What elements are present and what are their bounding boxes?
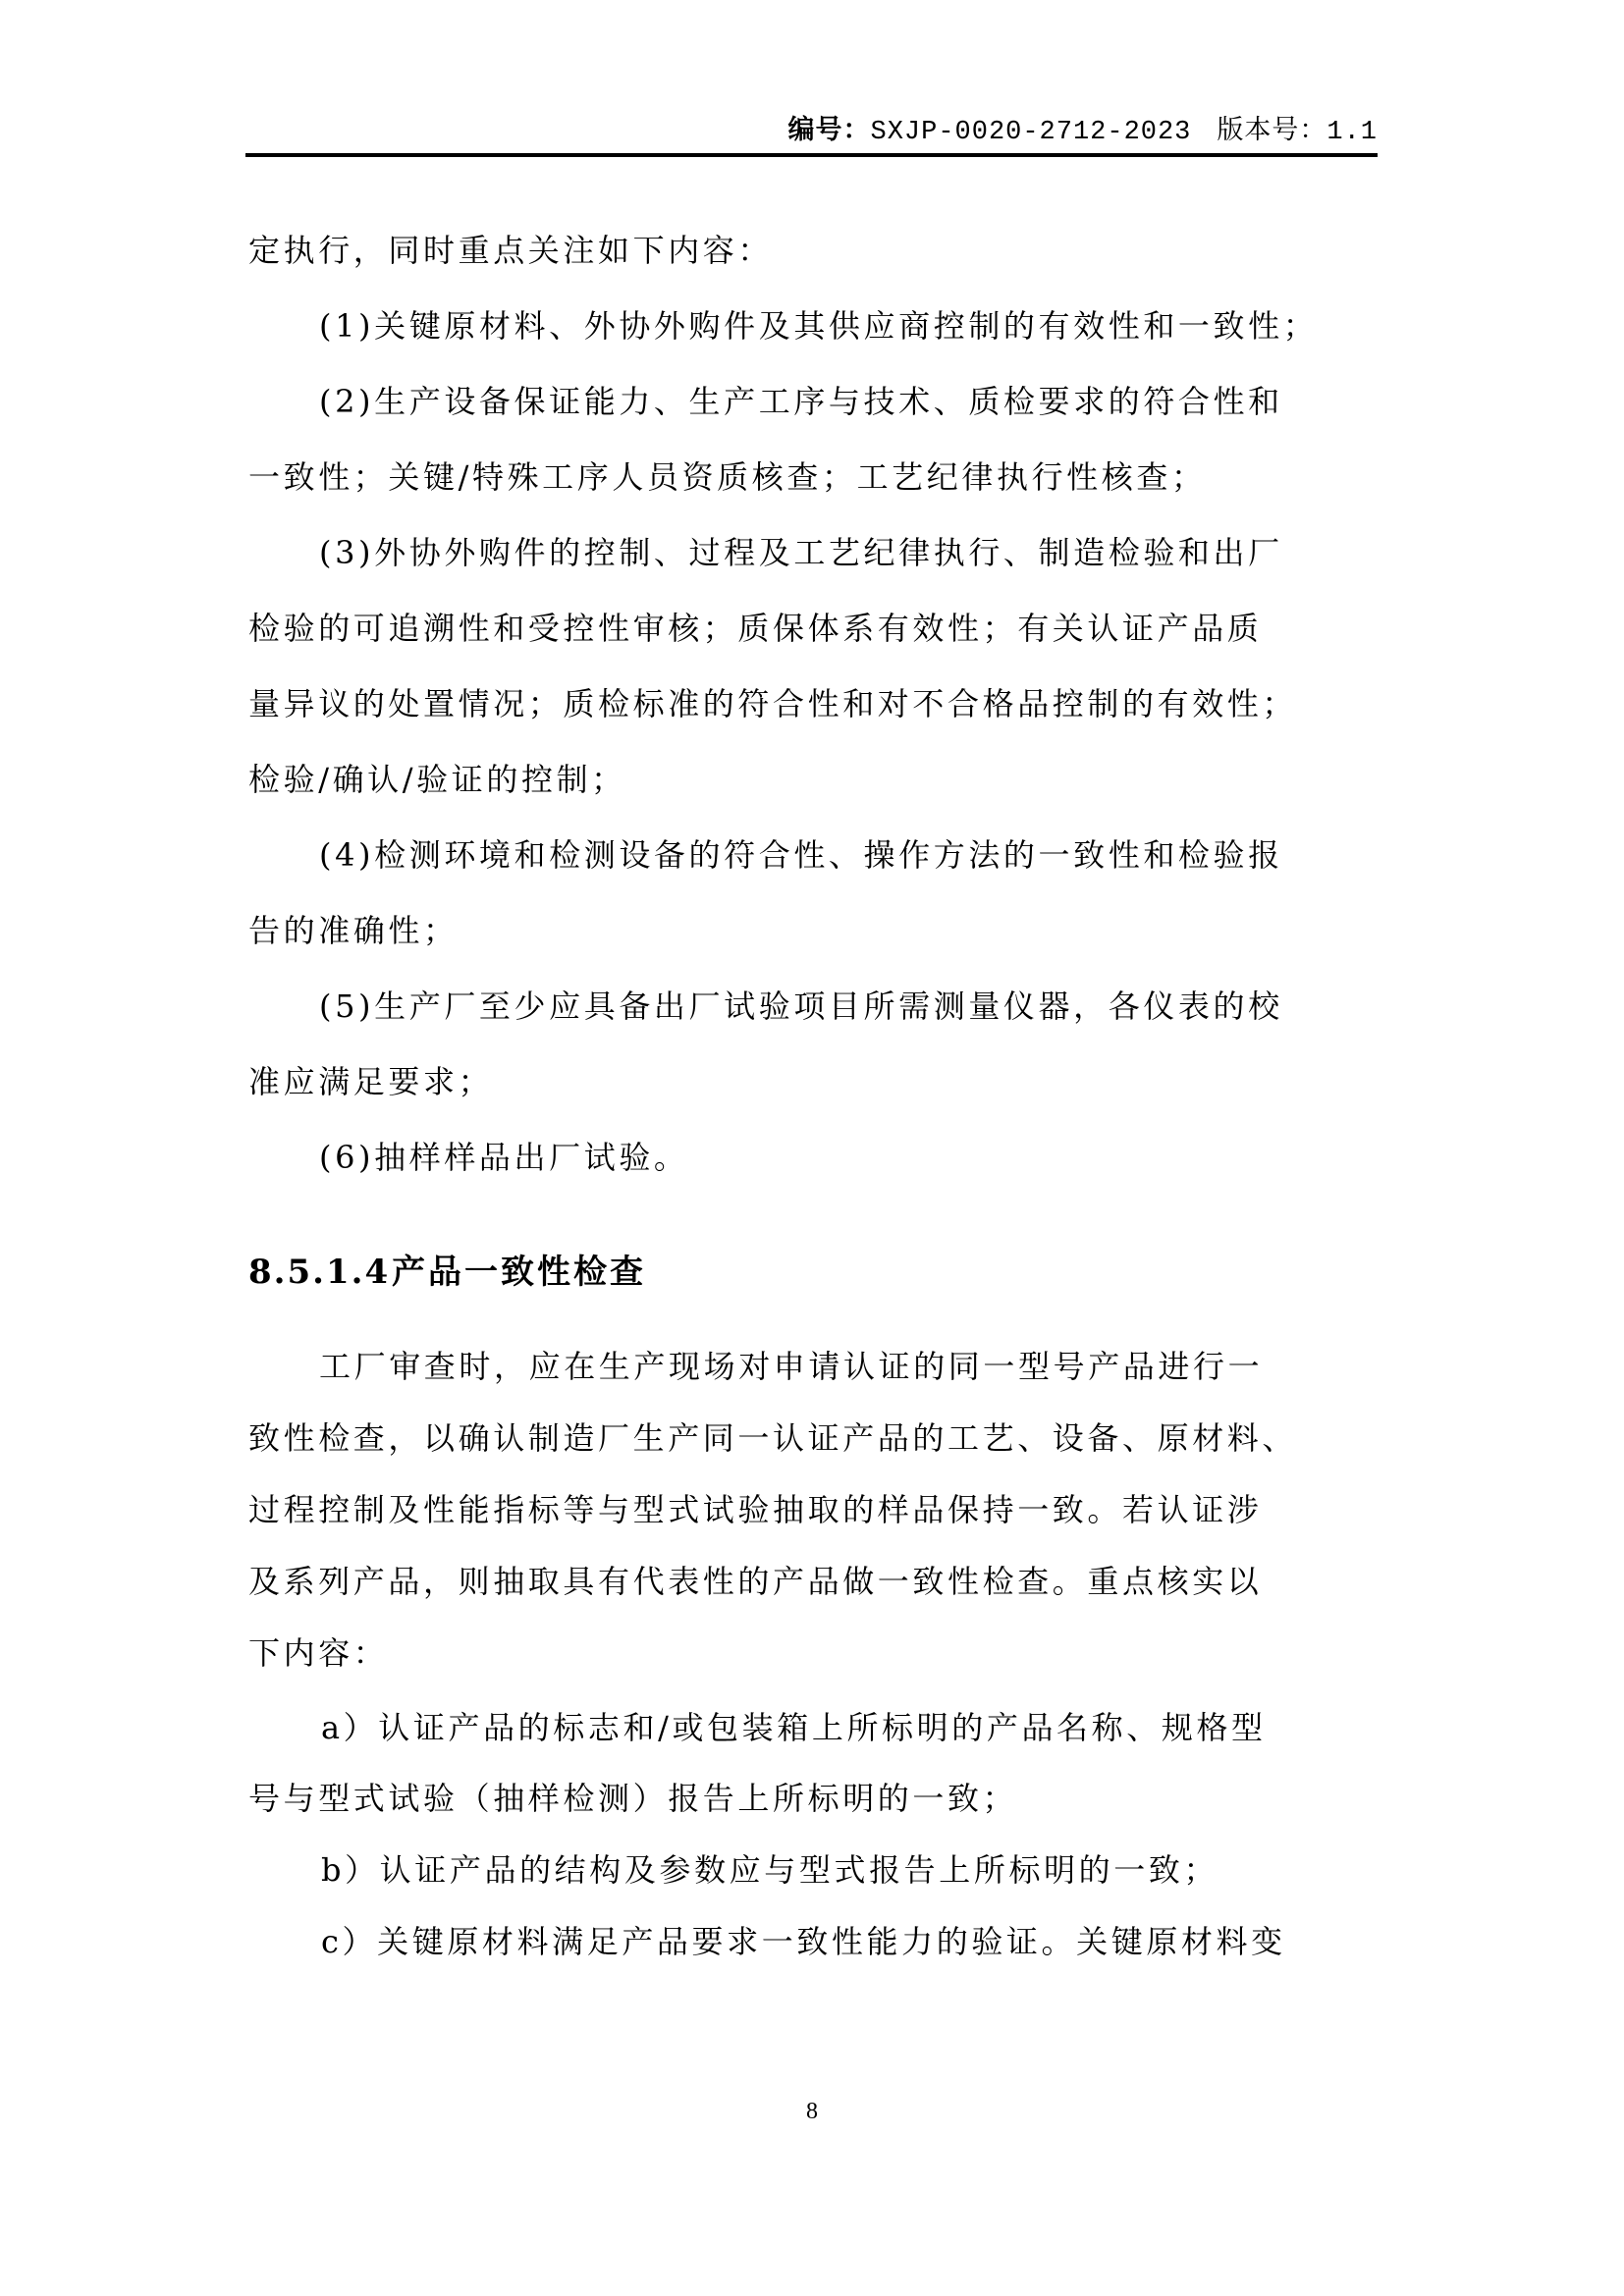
section-number: 8.5.1.4 <box>248 1249 366 1296</box>
section-title: 产品一致性检查 <box>392 1253 646 1292</box>
list-item-6: (6)抽样样品出厂试验。 <box>319 1136 689 1179</box>
list-item-3-continuation: 量异议的处置情况；质检标准的符合性和对不合格品控制的有效性； <box>248 682 1297 725</box>
section-heading: 8.5.1.4产品一致性检查 <box>248 1249 646 1296</box>
list-item-2: (2)生产设备保证能力、生产工序与技术、质检要求的符合性和 <box>319 380 1283 423</box>
list-item-5: (5)生产厂至少应具备出厂试验项目所需测量仪器，各仪表的校 <box>319 985 1283 1028</box>
document-code-label: 编号： <box>788 115 871 145</box>
version-label: 版本号： <box>1217 115 1326 145</box>
document-header: 编号：SXJP-0020-2712-2023版本号：1.1 <box>245 110 1378 151</box>
list-item-2-continuation: 一致性；关键/特殊工序人员资质核查；工艺纪律执行性核查； <box>248 455 1207 499</box>
list-item-3: (3)外协外购件的控制、过程及工艺纪律执行、制造检验和出厂 <box>319 531 1283 574</box>
list-item-a: a）认证产品的标志和/或包装箱上所标明的产品名称、规格型 <box>321 1706 1267 1749</box>
list-item-b: b）认证产品的结构及参数应与型式报告上所标明的一致； <box>321 1848 1218 1892</box>
list-item-4-continuation: 告的准确性； <box>248 909 459 952</box>
list-item-1: (1)关键原材料、外协外购件及其供应商控制的有效性和一致性； <box>319 304 1318 347</box>
page-number: 8 <box>0 2097 1624 2126</box>
paragraph-line: 致性检查，以确认制造厂生产同一认证产品的工艺、设备、原材料、 <box>248 1416 1297 1460</box>
list-item-5-continuation: 准应满足要求； <box>248 1060 493 1103</box>
paragraph-line: 工厂审查时，应在生产现场对申请认证的同一型号产品进行一 <box>319 1345 1263 1388</box>
document-code-value: SXJP-0020-2712-2023 <box>871 118 1192 147</box>
version-value: 1.1 <box>1326 118 1378 147</box>
paragraph-line: 及系列产品，则抽取具有代表性的产品做一致性检查。重点核实以 <box>248 1560 1262 1603</box>
list-item-a-continuation: 号与型式试验（抽样检测）报告上所标明的一致； <box>248 1777 1017 1820</box>
paragraph-line: 下内容： <box>248 1631 388 1675</box>
header-divider <box>245 153 1378 157</box>
document-page: 编号：SXJP-0020-2712-2023版本号：1.1 定执行，同时重点关注… <box>0 0 1624 2296</box>
list-item-4: (4)检测环境和检测设备的符合性、操作方法的一致性和检验报 <box>319 833 1283 877</box>
list-item-3-continuation: 检验/确认/验证的控制； <box>248 758 626 801</box>
paragraph-line: 过程控制及性能指标等与型式试验抽取的样品保持一致。若认证涉 <box>248 1488 1262 1531</box>
list-item-3-continuation: 检验的可追溯性和受控性审核；质保体系有效性；有关认证产品质 <box>248 607 1262 650</box>
list-item-c: c）关键原材料满足产品要求一致性能力的验证。关键原材料变 <box>321 1920 1286 1963</box>
paragraph-line: 定执行，同时重点关注如下内容： <box>248 229 773 272</box>
